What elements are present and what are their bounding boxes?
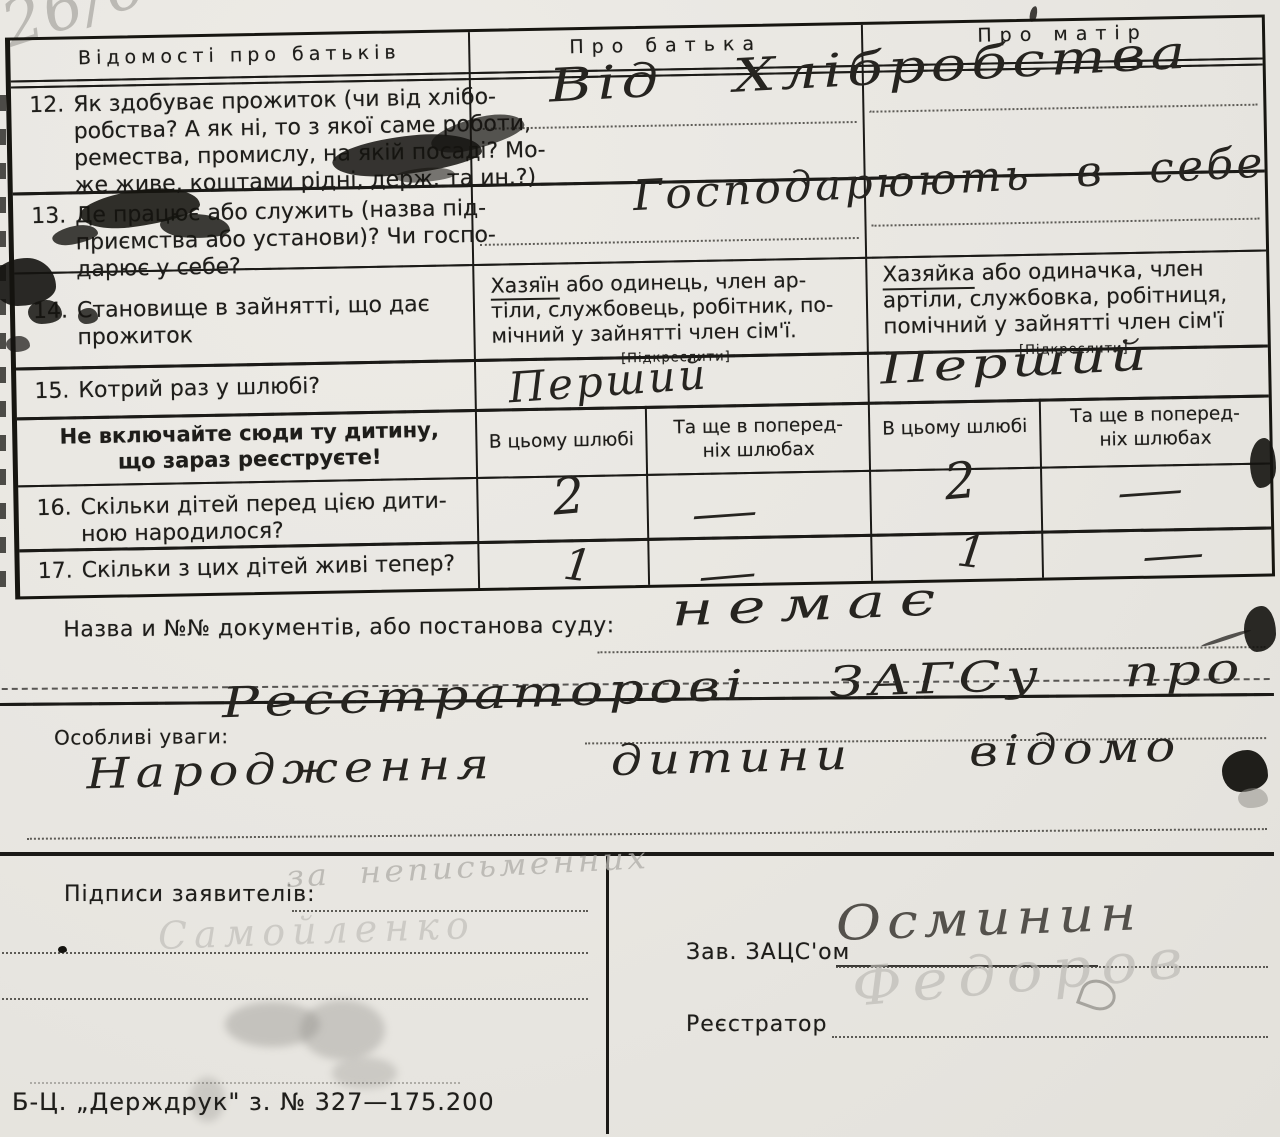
question-15: 15. Котрий раз у шлюбі? (78, 370, 478, 404)
writing-rule (869, 104, 1257, 113)
documents-label: Назва и №№ документів, або постанова суд… (63, 613, 615, 642)
prev-marriages-line: ніх шлюбах (649, 437, 867, 465)
answer-16-mother-previous: — (1115, 464, 1185, 518)
answer-17-mother-this: 1 (954, 525, 988, 579)
writing-rule (2, 998, 588, 1000)
answer-13-handwritten: Господарюють в себе (632, 137, 1267, 220)
question-13-number: 13. (31, 203, 66, 231)
father-option-text: або одинець, член ар- (559, 268, 806, 297)
answer-16-father-this: 2 (550, 466, 587, 527)
answer-16-father-previous: — (689, 485, 759, 539)
table-column-line (861, 25, 873, 581)
print-shop-code: Б-Ц. „Держдрук" з. № 327—175.200 (12, 1088, 495, 1116)
documents-answer-handwritten: немає (670, 571, 950, 637)
answer-16-mother-this: 2 (942, 451, 979, 512)
mother-option-text: або одиначка, член (975, 257, 1204, 286)
ink-stain (1238, 788, 1268, 808)
zags-head-label: Зав. ЗАЦС'ом (686, 940, 850, 965)
header-parents-info: Відомості про батьків (10, 40, 468, 70)
ink-stain (58, 946, 67, 953)
question-15-number: 15. (34, 377, 69, 405)
question-17-label: Скільки з цих дітей живі тепер? (81, 550, 481, 584)
pencil-smudge (332, 1057, 397, 1089)
ink-stain (1222, 750, 1268, 792)
question-15-label: Котрий раз у шлюбі? (78, 370, 478, 404)
father-option-underlined: Хазяїн (490, 272, 559, 300)
question-17-number: 17. (37, 557, 72, 585)
scanned-registration-form: 26/6 Відомості про батьків Про батька Пр… (0, 0, 1280, 1137)
applicant-signature-pencil: Самойленко (157, 903, 476, 958)
question-16-number: 16. (36, 494, 71, 522)
children-count-note: Не включайте сюди ту дитину, що зараз ре… (31, 416, 468, 476)
question-14: 14. Становище в зайнятті, що дає прожито… (77, 290, 478, 351)
ink-stain (1250, 438, 1276, 488)
writing-rule (480, 237, 859, 246)
documents-remarks-section: Назва и №№ документів, або постанова суд… (0, 580, 1280, 858)
writing-rule (832, 1036, 1268, 1038)
question-16: 16. Скільки дітей перед цією дити- ною н… (80, 487, 481, 548)
writing-rule (27, 828, 1267, 840)
question-12-number: 12. (29, 92, 64, 120)
signatures-section: Підписи заявителів: за неписьменних Само… (0, 852, 1280, 1137)
mother-previous-marriages-header: Та ще в поперед- ніх шлюбах (1043, 402, 1268, 454)
writing-rule (872, 218, 1260, 227)
remarks-handwritten-line2: Народження дитини відомо (86, 722, 1182, 799)
prev-marriages-line: Та ще в поперед- (1043, 402, 1267, 430)
parents-info-table: Відомості про батьків Про батька Про мат… (5, 15, 1275, 600)
writing-rule (478, 121, 857, 130)
ink-stain (78, 308, 98, 324)
prev-marriages-line: ніх шлюбах (1043, 426, 1267, 454)
prev-marriages-line: Та ще в поперед- (649, 413, 867, 441)
scan-edge-marks (0, 95, 6, 600)
ink-stain (6, 336, 30, 352)
question-17: 17. Скільки з цих дітей живі тепер? (81, 550, 481, 584)
writing-rule (2, 952, 588, 954)
answer-17-mother-previous: — (1140, 527, 1206, 580)
applicants-signatures-label: Підписи заявителів: (64, 882, 316, 907)
ink-stain (28, 300, 62, 324)
pencil-smudge (300, 1000, 385, 1060)
section-vertical-divider (606, 854, 609, 1134)
writing-rule-faint (30, 1082, 460, 1084)
father-this-marriage-header: В цьому шлюбі (477, 429, 645, 453)
mother-this-marriage-header: В цьому шлюбі (870, 416, 1039, 440)
registrar-label: Реєстратор (686, 1012, 827, 1037)
father-previous-marriages-header: Та ще в поперед- ніх шлюбах (649, 413, 868, 465)
